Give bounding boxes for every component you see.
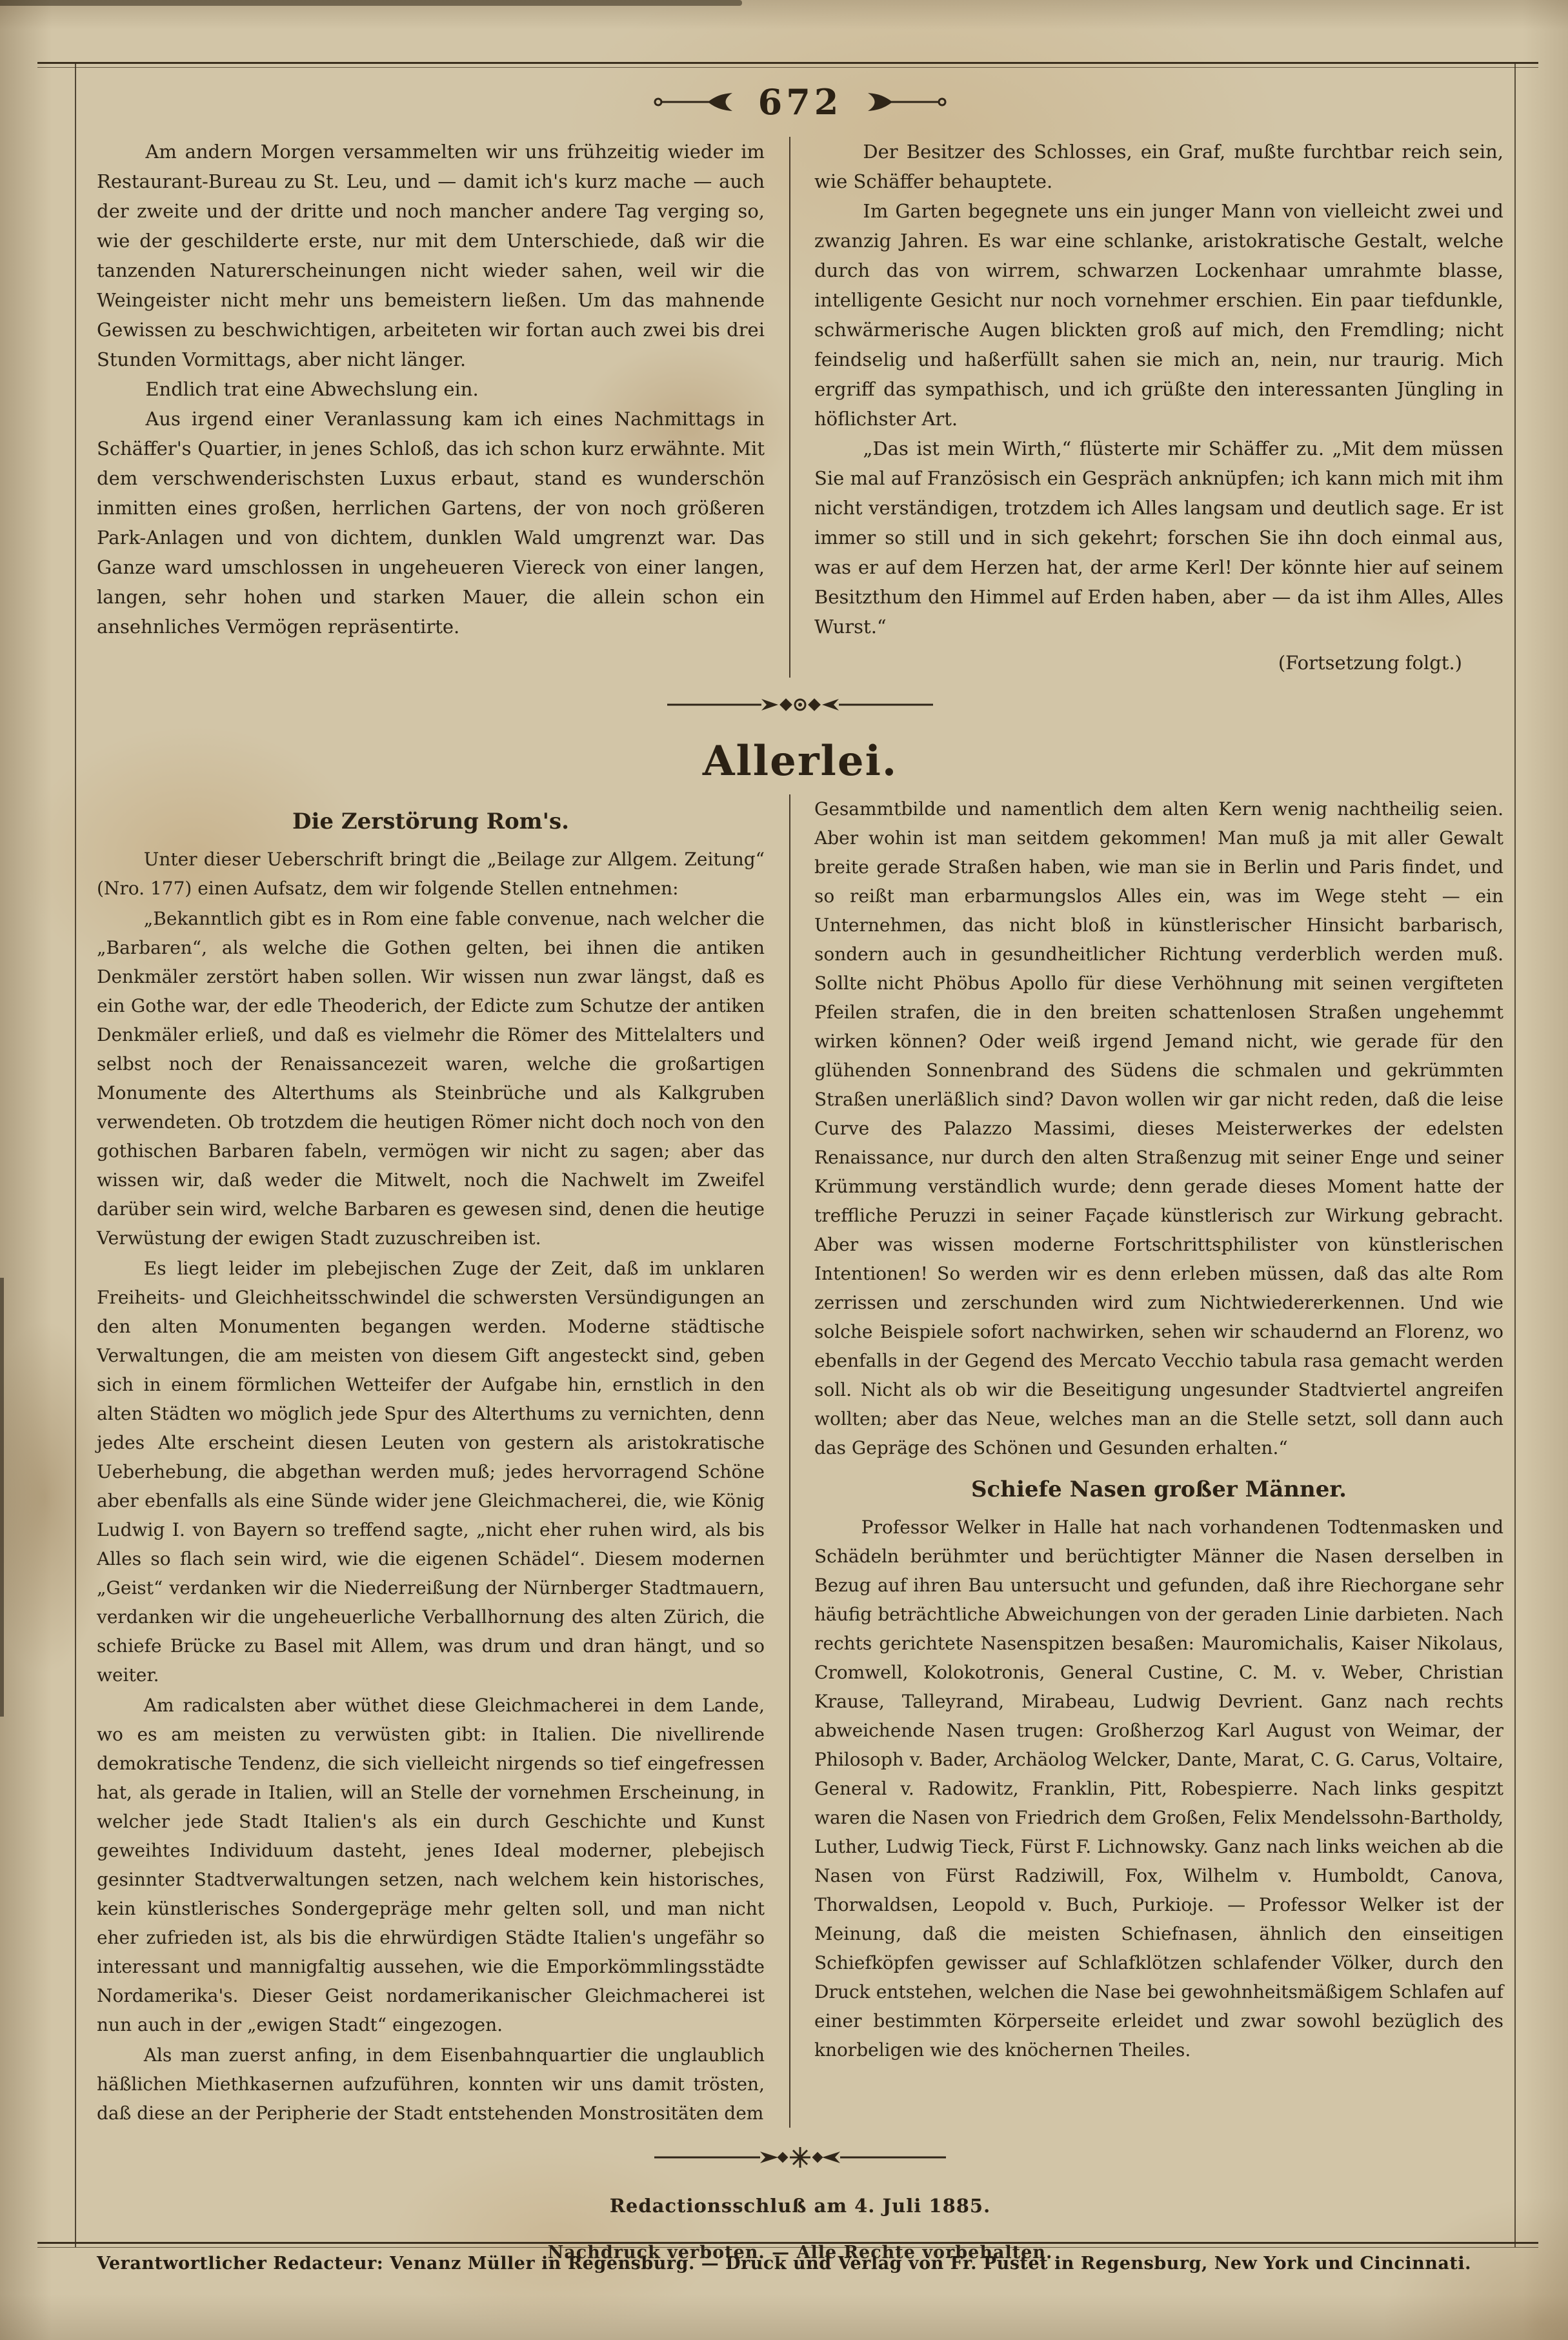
story-right-column: Der Besitzer des Schlosses, ein Graf, mu…: [814, 137, 1503, 678]
article-title-crooked-noses: Schiefe Nasen großer Männer.: [814, 1477, 1503, 1502]
editorial-deadline: Redactionsschluß am 4. Juli 1885.: [97, 2195, 1503, 2217]
allerlei-section: Die Zerstörung Rom's. Unter dieser Ueber…: [97, 794, 1503, 2128]
article-paragraph: Am radicalsten aber wüthet diese Gleichm…: [97, 1691, 765, 2039]
column-divider: [789, 137, 790, 678]
section-title: Allerlei.: [97, 737, 1503, 785]
page-border-left: [75, 63, 76, 2247]
articles-right-column: Gesammtbilde und namentlich dem alten Ke…: [814, 794, 1503, 2128]
continuation-note: (Fortsetzung folgt.): [814, 648, 1503, 678]
story-paragraph: Endlich trat eine Abwechslung ein.: [97, 374, 765, 404]
article-paragraph: Professor Welker in Halle hat nach vorha…: [814, 1513, 1503, 2064]
imprint-line: Verantwortlicher Redacteur: Venanz Mülle…: [0, 2254, 1568, 2274]
section-divider-ornament-icon: [665, 692, 936, 718]
page-border-top-inner: [37, 67, 1538, 68]
story-paragraph: Der Besitzer des Schlosses, ein Graf, mu…: [814, 137, 1503, 196]
article-paragraph: Es liegt leider im plebejischen Zuge der…: [97, 1254, 765, 1689]
story-paragraph: „Das ist mein Wirth,“ flüsterte mir Schä…: [814, 434, 1503, 641]
page-number-flourish-left-icon: [652, 91, 736, 113]
footer-ornament-icon: [652, 2142, 949, 2173]
article-paragraph: Als man zuerst anfing, in dem Eisenbahnq…: [97, 2041, 765, 2128]
page-border-top: [37, 62, 1538, 64]
article-paragraph-continuation: Gesammtbilde und namentlich dem alten Ke…: [814, 794, 1503, 1462]
story-paragraph: Aus irgend einer Veranlassung kam ich ei…: [97, 404, 765, 641]
page-number-flourish-right-icon: [864, 91, 948, 113]
story-paragraph: Am andern Morgen versammelten wir uns fr…: [97, 137, 765, 374]
story-paragraph: Im Garten begegnete uns ein junger Mann …: [814, 196, 1503, 434]
scan-edge-top: [0, 0, 742, 6]
serial-story-section: Am andern Morgen versammelten wir uns fr…: [97, 137, 1503, 678]
articles-left-column: Die Zerstörung Rom's. Unter dieser Ueber…: [97, 794, 765, 2128]
page-border-right: [1514, 63, 1516, 2247]
story-left-column: Am andern Morgen versammelten wir uns fr…: [97, 137, 765, 678]
section-divider-row: [97, 692, 1503, 718]
article-title-destruction-of-rome: Die Zerstörung Rom's.: [97, 809, 765, 834]
column-divider: [789, 794, 790, 2128]
page-content: 672 Am andern Morgen versammelten wir un…: [97, 75, 1503, 2263]
page-number: 672: [758, 81, 843, 123]
footer-divider-row: [97, 2142, 1503, 2173]
page-header: 672: [97, 75, 1503, 129]
article-paragraph: „Bekanntlich gibt es in Rom eine fable c…: [97, 904, 765, 1253]
scan-edge-left: [0, 1278, 4, 1717]
article-paragraph: Unter dieser Ueberschrift bringt die „Be…: [97, 845, 765, 903]
